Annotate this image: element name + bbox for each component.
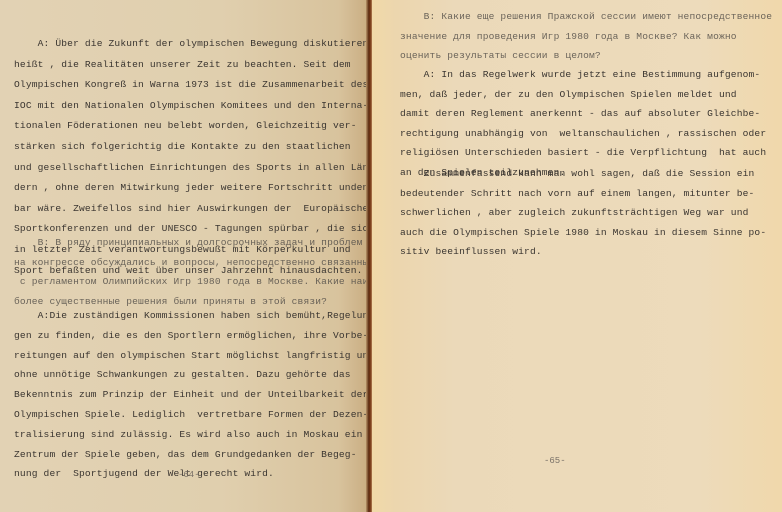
text-line: damit deren Reglement anerkennt - das au…: [400, 104, 766, 124]
text-line: A: Über die Zukunft der olympischen Bewe…: [14, 34, 368, 55]
paragraph-answer-2: A:Die zuständigen Kommissionen haben sic…: [14, 306, 368, 484]
text-line: Zusammenfassend kann man wohl sagen, daß…: [400, 164, 766, 184]
text-line: A:Die zuständigen Kommissionen haben sic…: [14, 306, 368, 326]
text-line: Olympischen Spiele. Lediglich vertretbar…: [14, 405, 368, 425]
text-line: A: In das Regelwerk wurde jetzt eine Bes…: [400, 65, 766, 85]
right-page: B: Какие еще решения Пражской сессии име…: [372, 0, 782, 512]
text-line: men, daß jeder, der zu den Olympischen S…: [400, 85, 766, 105]
text-line: Zentrum der Spiele geben, das dem Grundg…: [14, 445, 368, 465]
text-line: schwerlichen , aber zugleich zukunftsträ…: [400, 203, 766, 223]
text-line: Bekenntnis zum Prinzip der Einheit und d…: [14, 385, 368, 405]
book-spread: A: Über die Zukunft der olympischen Bewe…: [0, 0, 782, 512]
text-line: religiösen Unterschieden basiert - die V…: [400, 143, 766, 163]
text-line: rechtigung unabhängig von weltanschaulic…: [400, 124, 766, 144]
text-line: значение для проведения Игр 1980 года в …: [400, 27, 772, 47]
text-line: reitungen auf den olympischen Start mögl…: [14, 346, 368, 366]
text-line: sitiv beeinflussen wird.: [400, 242, 766, 262]
question-b-russian: B: В ряду принципиальных и долгосрочных …: [14, 233, 368, 311]
text-line: dern , ohne deren Mitwirkung jeder weite…: [14, 178, 368, 199]
paragraph-summary: Zusammenfassend kann man wohl sagen, daß…: [400, 164, 766, 262]
text-line: ohne unnötige Schwankungen zu gestalten.…: [14, 365, 368, 385]
text-line: Olympischen Kongreß in Warna 1973 ist di…: [14, 75, 368, 96]
text-line: gen zu finden, die es den Sportlern ermö…: [14, 326, 368, 346]
text-line: tionalen Föderationen neu belebt worden,…: [14, 116, 368, 137]
text-line: und gesellschaftlichen Einrichtungen des…: [14, 158, 368, 179]
text-line: heißt , die Realitäten unserer Zeit zu b…: [14, 55, 368, 76]
text-line: tralisierung sind zulässig. Es wird also…: [14, 425, 368, 445]
text-line: B: Какие еще решения Пражской сессии име…: [400, 7, 772, 27]
text-line: auch die Olympischen Spiele 1980 in Mosk…: [400, 223, 766, 243]
text-line: оценить результаты сессии в целом?: [400, 46, 772, 66]
text-line: bedeutender Schritt nach vorn auf einem …: [400, 184, 766, 204]
page-number-right: -65-: [544, 456, 566, 466]
text-line: bar wäre. Zweifellos sind hier Auswirkun…: [14, 199, 368, 220]
page-number-left: -64-: [178, 470, 200, 480]
text-line: IOC mit den Nationalen Olympischen Komit…: [14, 96, 368, 117]
question-b-russian-right: B: Какие еще решения Пражской сессии име…: [400, 7, 772, 66]
text-line: на конгрессе обсуждались и вопросы, непо…: [14, 253, 368, 273]
text-line: B: В ряду принципиальных и долгосрочных …: [14, 233, 368, 253]
text-line: с регламентом Олимпийских Игр 1980 года …: [14, 272, 368, 292]
text-line: stärken sich folgerichtig die Kontakte z…: [14, 137, 368, 158]
left-page: A: Über die Zukunft der olympischen Bewe…: [0, 0, 368, 512]
